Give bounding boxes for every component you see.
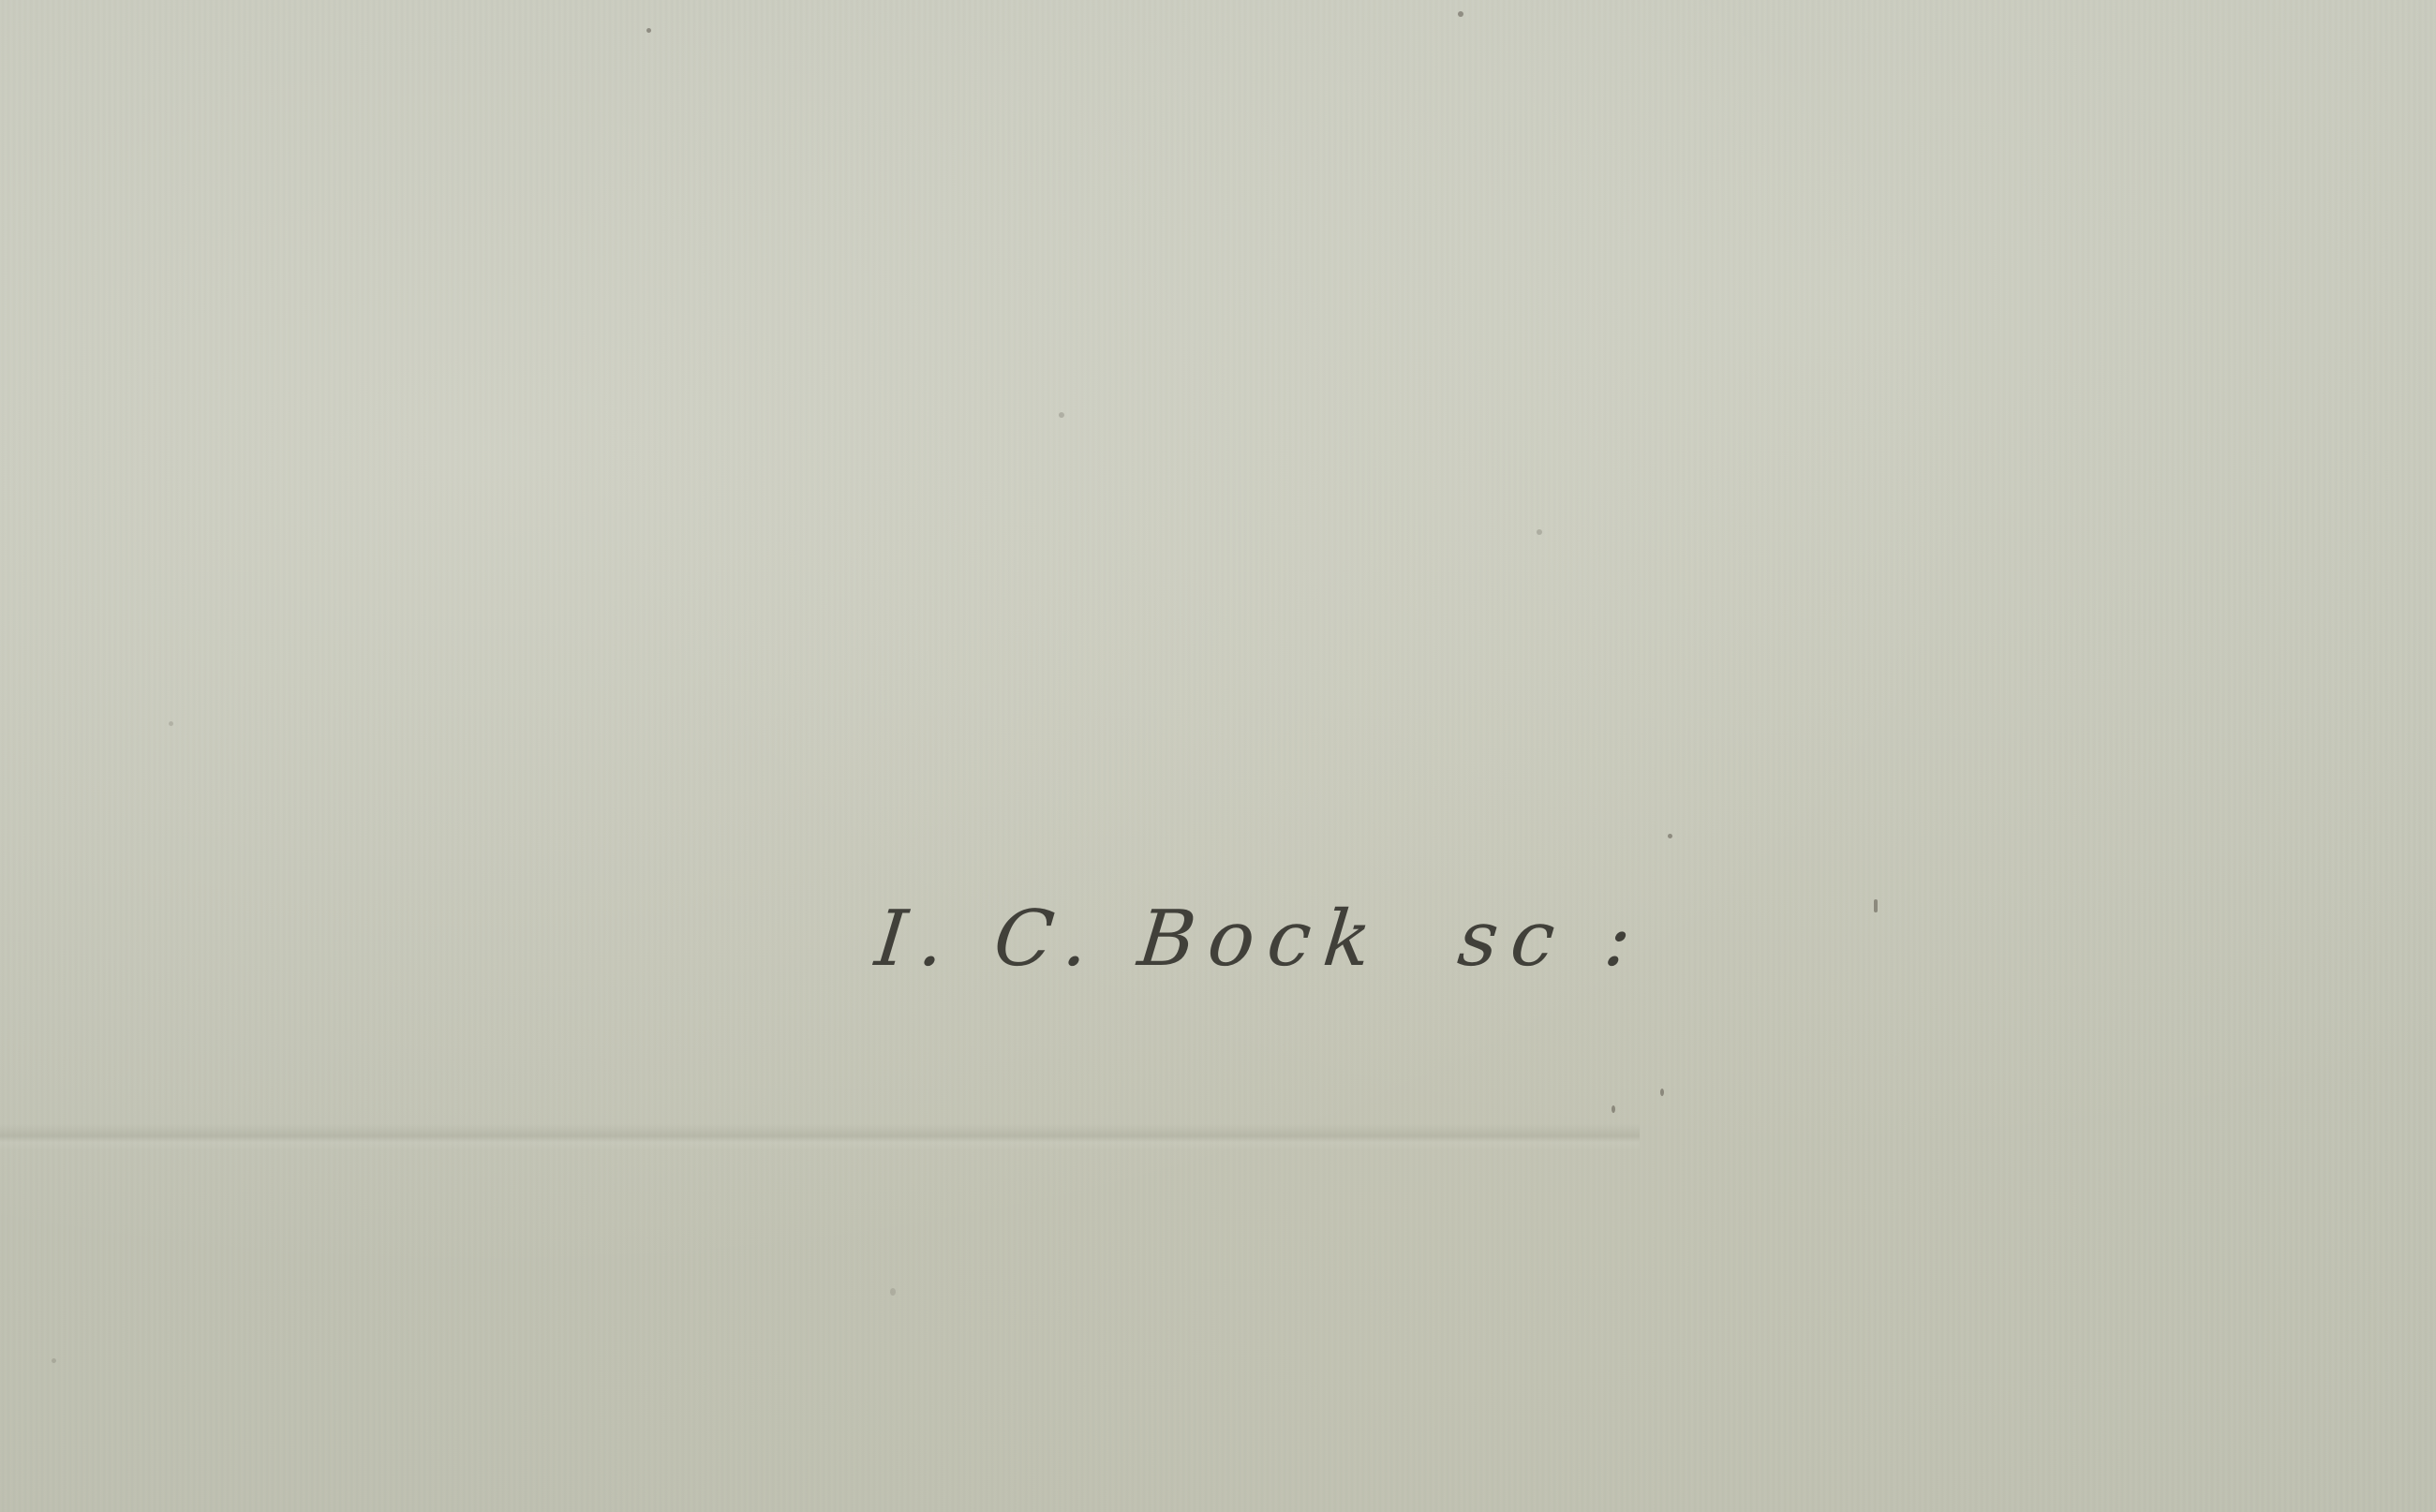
- paper-speck: [1612, 1105, 1615, 1113]
- paper-speck: [1660, 1089, 1664, 1096]
- paper-speck: [1668, 834, 1672, 838]
- paper-speck: [1458, 11, 1463, 17]
- paper-speck: [1874, 899, 1878, 912]
- paper-background: [0, 0, 2436, 1512]
- paper-speck: [52, 1358, 56, 1363]
- paper-speck: [646, 28, 651, 33]
- paper-speck: [1059, 412, 1064, 418]
- paper-fold-crease: [0, 1124, 1640, 1150]
- paper-speck: [169, 721, 173, 726]
- paper-speck: [890, 1288, 896, 1296]
- engraver-signature: I. C. Bock sc :: [871, 895, 1649, 984]
- paper-speck: [1537, 529, 1542, 535]
